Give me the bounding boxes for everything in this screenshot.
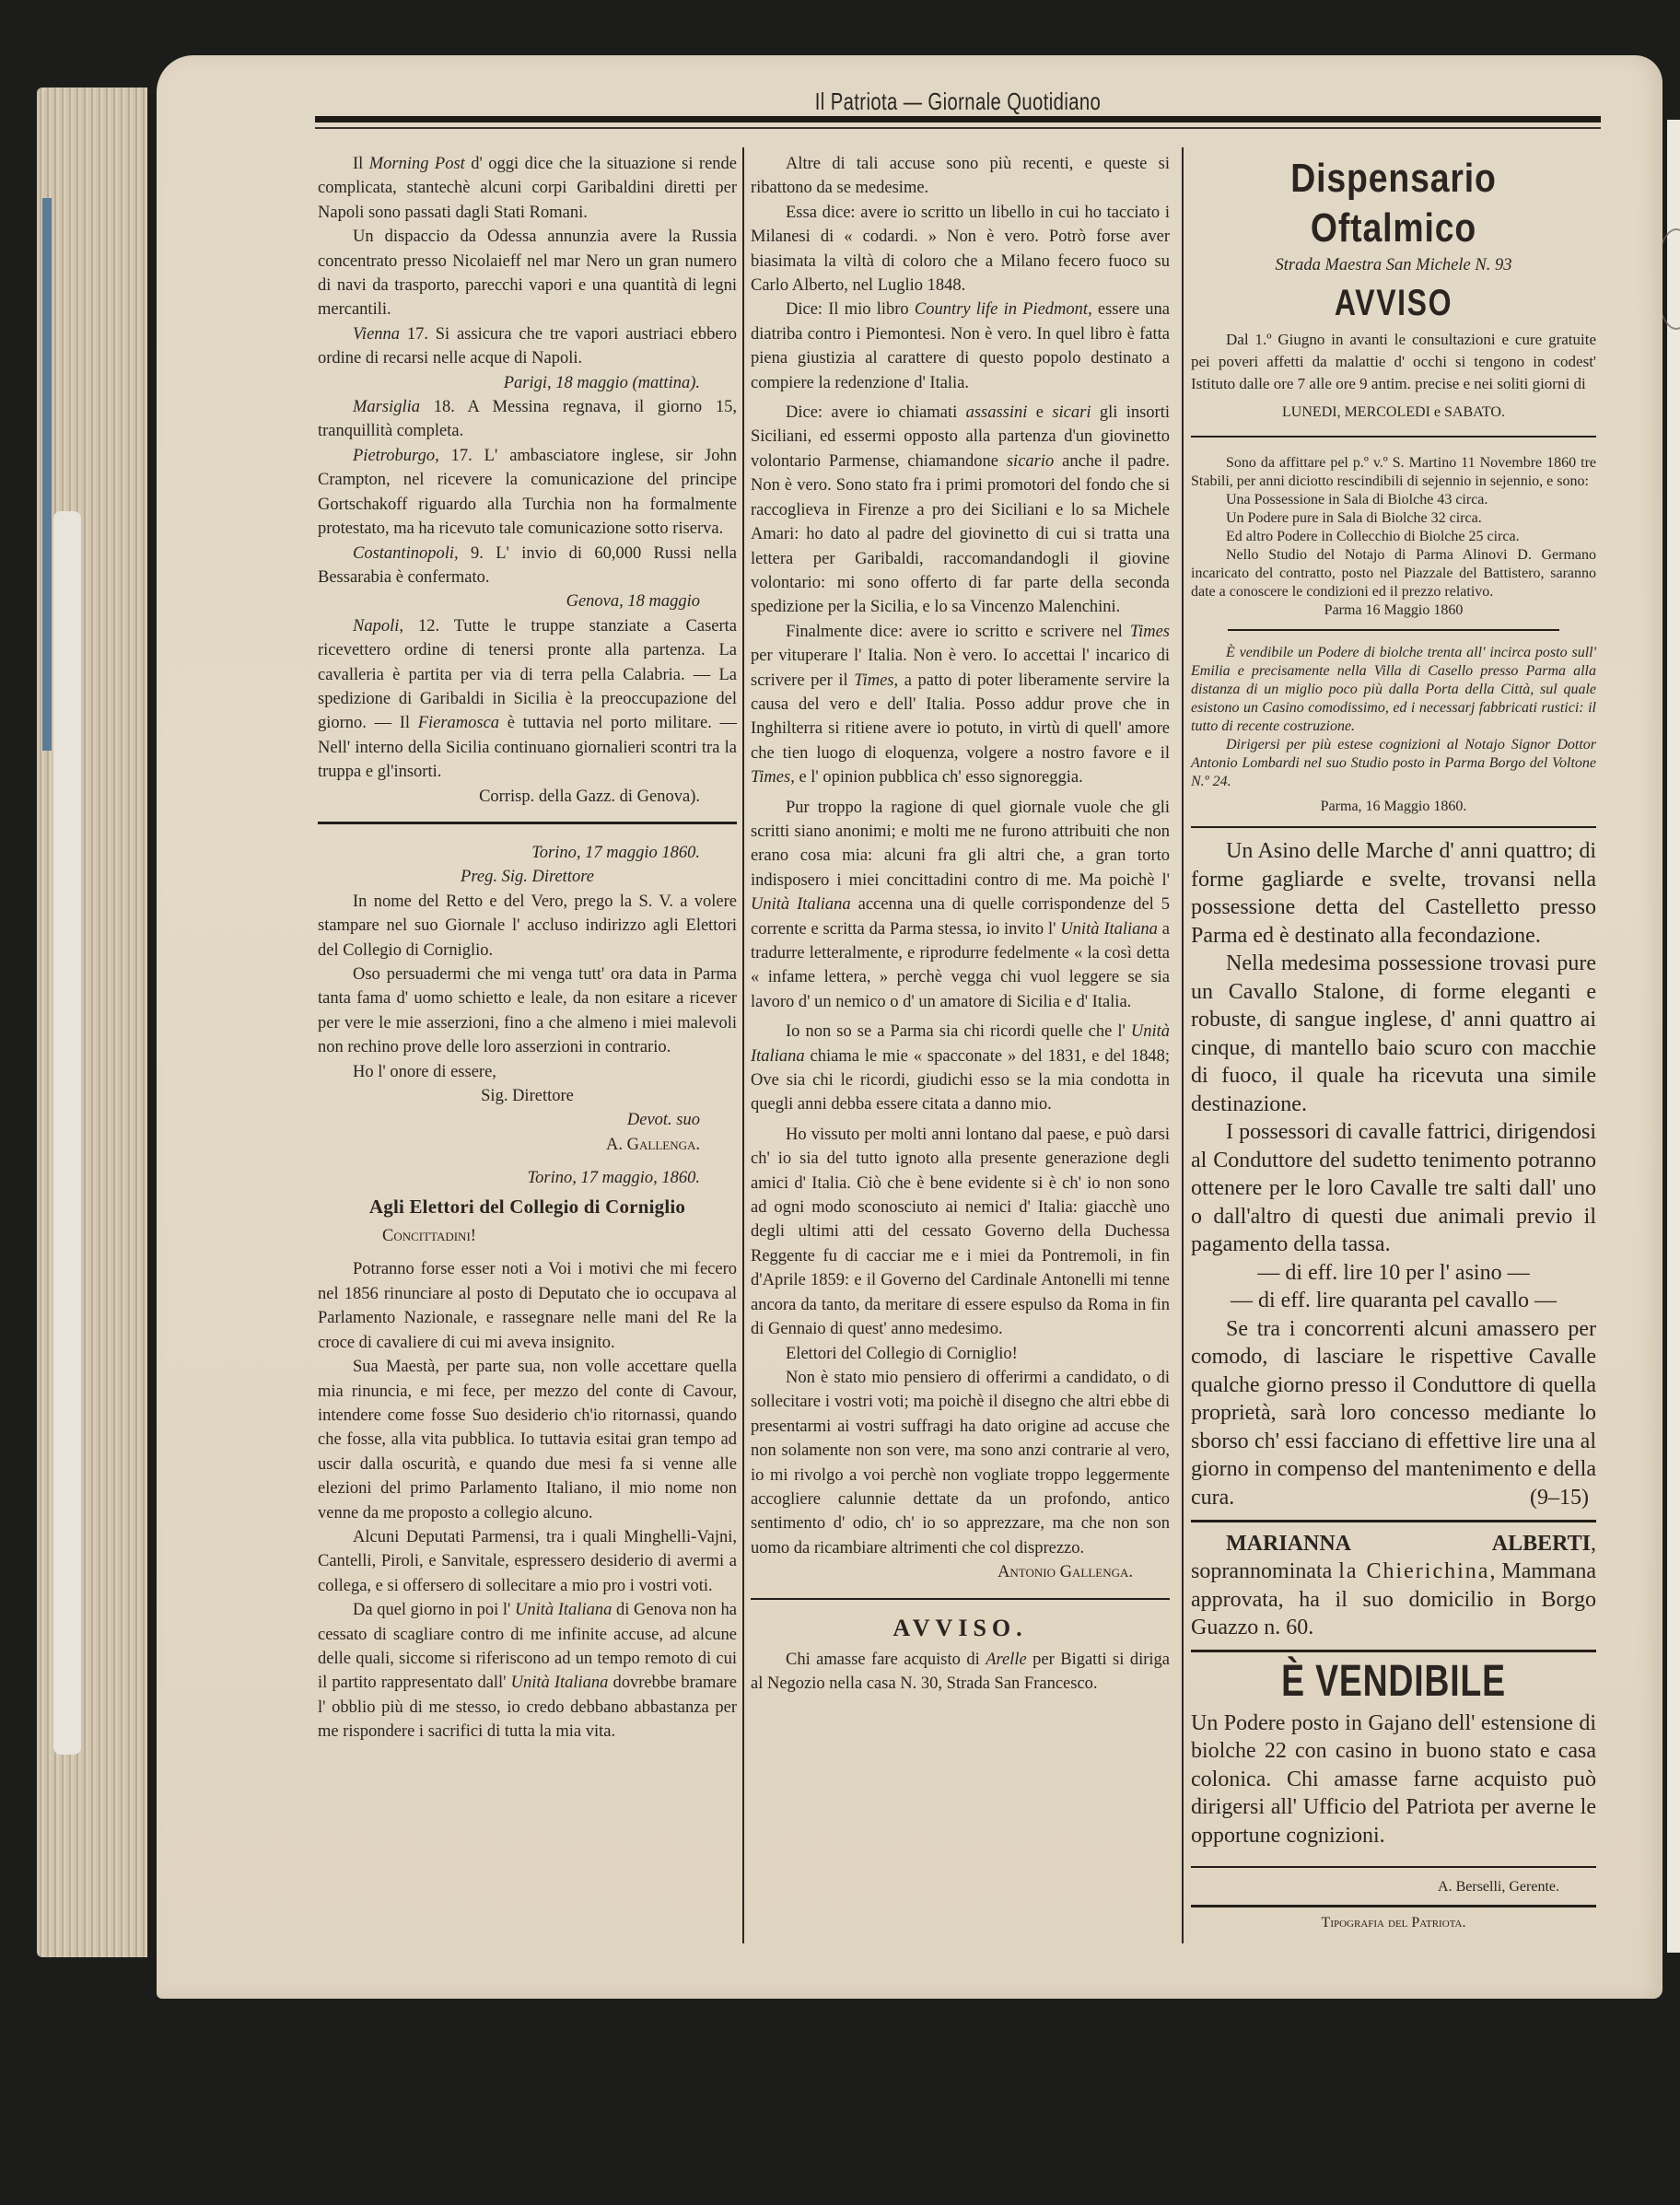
asino-ad-text: Un Asino delle Marche d' anni quattro; d… — [1191, 837, 1596, 950]
section-rule — [1191, 1905, 1596, 1907]
column-3: Dispensario Oftalmico Strada Maestra San… — [1191, 152, 1596, 1933]
address-paragraph: Alcuni Deputati Parmensi, tra i quali Mi… — [318, 1525, 737, 1598]
affitto-notary: Nello Studio del Notajo di Parma Alinovi… — [1191, 546, 1596, 601]
masthead-rule-thin — [315, 127, 1601, 129]
section-rule — [1228, 629, 1559, 631]
article-paragraph: Dice: avere io chiamati assassini e sica… — [751, 401, 1170, 620]
article-signature: Antonio Gallenga. — [751, 1560, 1170, 1584]
affitto-date: Parma 16 Maggio 1860 — [1191, 601, 1596, 620]
facing-page-edge — [1667, 120, 1680, 1953]
letter-paragraph: In nome del Retto e del Vero, prego la S… — [318, 890, 737, 962]
ad-reference: (9–15) — [1191, 1484, 1596, 1512]
article-paragraph: Dice: Il mio libro Country life in Piedm… — [751, 297, 1170, 395]
section-rule — [1191, 436, 1596, 437]
dateline: Parigi, 18 maggio (mattina). — [318, 371, 737, 395]
cavallo-fee: — di eff. lire quaranta pel cavallo — — [1191, 1287, 1596, 1315]
address-title: Agli Elettori del Collegio di Corniglio — [318, 1195, 737, 1219]
asino-ad-text: I possessori di cavalle fattrici, dirige… — [1191, 1118, 1596, 1259]
section-rule — [318, 822, 737, 824]
affitto-item: Una Possessione in Sala di Biolche 43 ci… — [1191, 491, 1596, 509]
letter-signature: A. Gallenga. — [318, 1133, 737, 1157]
asino-ad-text: Se tra i concorrenti alcuni amassero per… — [1191, 1315, 1596, 1512]
letter-closing: Devot. suo — [318, 1108, 737, 1132]
news-paragraph: Un dispaccio da Odessa annunzia avere la… — [318, 225, 737, 322]
levatrice-ad: MARIANNA ALBERTI, soprannominata la Chie… — [1191, 1530, 1596, 1642]
gerente: A. Berselli, Gerente. — [1191, 1877, 1596, 1897]
dispensario-title: Dispensario Oftalmico — [1221, 154, 1566, 253]
vendibile-body: Un Podere posto in Gajano dell' estensio… — [1191, 1709, 1596, 1850]
letter-closing: Sig. Direttore — [318, 1084, 737, 1108]
letter-paragraph: Oso persuadermi che mi venga tutt' ora d… — [318, 962, 737, 1060]
dispensario-avviso: AVVISO — [1231, 277, 1556, 329]
news-paragraph: Vienna 17. Si assicura che tre vapori au… — [318, 322, 737, 371]
article-paragraph: Altre di tali accuse sono più recenti, e… — [751, 152, 1170, 201]
section-rule — [1191, 1520, 1596, 1522]
column-1: Il Morning Post d' oggi dice che la situ… — [318, 152, 737, 1744]
letter-salutation: Preg. Sig. Direttore — [318, 865, 737, 889]
column-divider — [742, 147, 744, 1943]
printer-imprint: Tipografia del Patriota. — [1191, 1913, 1596, 1933]
address-paragraph: Da quel giorno in poi l' Unità Italiana … — [318, 1598, 737, 1744]
address-paragraph: Potranno forse esser noti a Voi i motivi… — [318, 1257, 737, 1355]
address-greeting: Concittadini! — [318, 1224, 737, 1248]
news-source: Corrisp. della Gazz. di Genova). — [318, 785, 737, 809]
section-rule — [751, 1598, 1170, 1600]
avviso-title: AVVISO. — [751, 1616, 1170, 1640]
podere-ad-text: È vendibile un Podere di biolche trenta … — [1191, 644, 1596, 736]
dateline: Genova, 18 maggio — [318, 589, 737, 613]
address-dateline: Torino, 17 maggio, 1860. — [318, 1166, 737, 1190]
dispensario-body: Dal 1.º Giugno in avanti le consultazion… — [1191, 329, 1596, 395]
column-divider — [1182, 147, 1184, 1943]
news-paragraph: Marsiglia 18. A Messina regnava, il gior… — [318, 395, 737, 444]
masthead-rule — [315, 116, 1601, 122]
asino-ad-text: Nella medesima possessione trovasi pure … — [1191, 950, 1596, 1118]
dispensario-address: Strada Maestra San Michele N. 93 — [1191, 253, 1596, 277]
vendibile-title: È VENDIBILE — [1235, 1654, 1551, 1709]
masthead-title: Il Patriota — Giornale Quotidiano — [455, 87, 1461, 116]
podere-ad-date: Parma, 16 Maggio 1860. — [1191, 797, 1596, 817]
section-rule — [1191, 1650, 1596, 1652]
letter-paragraph: Ho l' onore di essere, — [318, 1060, 737, 1084]
article-paragraph: Non è stato mio pensiero di offerirmi a … — [751, 1366, 1170, 1560]
article-paragraph: Ho vissuto per molti anni lontano dal pa… — [751, 1123, 1170, 1342]
address-paragraph: Sua Maestà, per parte sua, non volle acc… — [318, 1355, 737, 1525]
article-paragraph: Finalmente dice: avere io scritto e scri… — [751, 620, 1170, 790]
podere-ad-text: Dirigersi per più estese cognizioni al N… — [1191, 736, 1596, 791]
asino-fee: — di eff. lire 10 per l' asino — — [1191, 1259, 1596, 1288]
affitto-item: Ed altro Podere in Collecchio di Biolche… — [1191, 528, 1596, 546]
dispensario-days: LUNEDI, MERCOLEDI e SABATO. — [1191, 402, 1596, 423]
article-paragraph: Essa dice: avere io scritto un libello i… — [751, 201, 1170, 298]
page-tab — [53, 511, 81, 1755]
article-paragraph: Io non so se a Parma sia chi ricordi que… — [751, 1020, 1170, 1117]
news-paragraph: Napoli, 12. Tutte le truppe stanziate a … — [318, 614, 737, 785]
affitto-item: Un Podere pure in Sala di Biolche 32 cir… — [1191, 509, 1596, 528]
news-paragraph: Il Morning Post d' oggi dice che la situ… — [318, 152, 737, 225]
article-paragraph: Elettori del Collegio di Corniglio! — [751, 1342, 1170, 1366]
letter-dateline: Torino, 17 maggio 1860. — [318, 841, 737, 865]
news-paragraph: Costantinopoli, 9. L' invio di 60,000 Ru… — [318, 542, 737, 590]
affitto-intro: Sono da affittare pel p.º v.º S. Martino… — [1191, 454, 1596, 491]
binding-strip — [42, 198, 52, 751]
book-page-edges — [37, 87, 147, 1957]
avviso-text: Chi amasse fare acquisto di Arelle per B… — [751, 1648, 1170, 1697]
column-2: Altre di tali accuse sono più recenti, e… — [751, 152, 1170, 1697]
section-rule — [1191, 1866, 1596, 1868]
section-rule — [1191, 826, 1596, 828]
article-paragraph: Pur troppo la ragione di quel giornale v… — [751, 796, 1170, 1015]
news-paragraph: Pietroburgo, 17. L' ambasciatore inglese… — [318, 444, 737, 542]
